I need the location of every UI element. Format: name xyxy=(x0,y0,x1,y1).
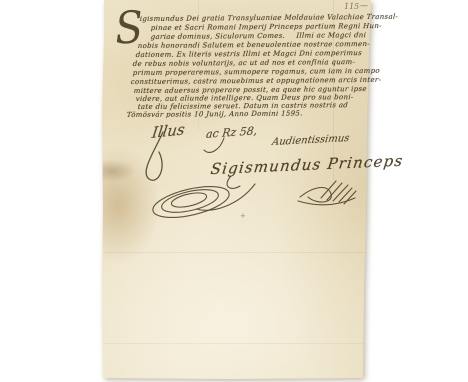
valediction-monogram: Illus xyxy=(151,120,186,142)
fold-crease-horizontal xyxy=(104,252,366,253)
manuscript-photo: 115 — S igismundus Dei gratia Transyluan… xyxy=(0,0,468,382)
cross-mark: + xyxy=(240,212,246,220)
fold-crease-horizontal xyxy=(104,343,366,344)
folio-dash: — xyxy=(360,1,368,10)
body-line: Tömösvár positis 10 Junij, Anno Domini 1… xyxy=(127,109,303,119)
folio-number: 115 xyxy=(344,2,359,11)
